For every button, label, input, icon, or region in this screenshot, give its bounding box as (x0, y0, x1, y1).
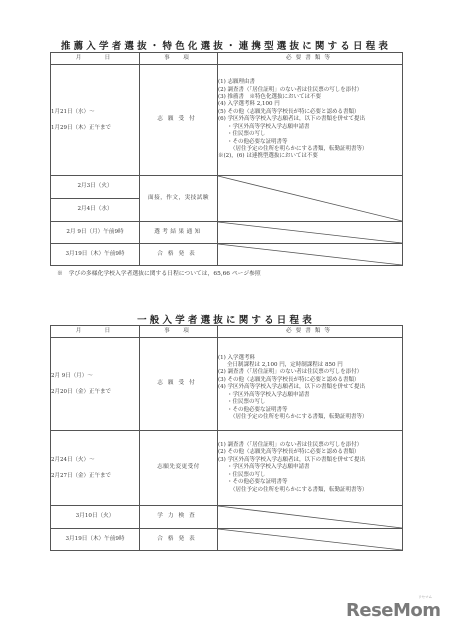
doc-line: ・住民票の写し (218, 472, 402, 479)
diagonal-line-icon (218, 176, 402, 221)
documents-cell: (1) 調査書（「居住証明」のない者は住民票の写しを添付） (2) その他（志願… (218, 431, 403, 506)
date-end: 2月27日（金）正午まで (51, 473, 139, 480)
diagonal-line-icon (218, 222, 402, 243)
header-date: 月 日 (51, 326, 140, 338)
doc-line: ・住民票の写し (218, 399, 402, 406)
item-cell: 志願受付 (140, 338, 218, 431)
doc-line: (2) その他（志願先高等学校長が特に必要と認める書類） (218, 449, 402, 456)
table-row: 3月19日（木）午前9時 合格発表 (51, 529, 403, 551)
item-cell: 面接，作文，実技試験 (140, 176, 218, 222)
empty-slashed-cell (218, 244, 403, 266)
empty-slashed-cell (218, 176, 403, 222)
item-cell: 学力検査 (140, 506, 218, 529)
header-item: 事 項 (140, 326, 218, 338)
date-end: 2月20日（金）正午まで (51, 389, 139, 396)
table-header-row: 月 日 事 項 必要書類等 (51, 326, 403, 338)
date-cell: 2月24日（火）〜 2月27日（金）正午まで (51, 431, 140, 506)
item-cell: 合格発表 (140, 529, 218, 551)
empty-slashed-cell (218, 222, 403, 244)
documents-cell: (1) 入学選考料 全日制課程は 2,100 円，定時制課程は 850 円 (2… (218, 338, 403, 431)
diagonal-line-icon (218, 529, 402, 550)
doc-line: （居住予定の住所を明らかにする書類，転勤証明書等） (218, 487, 402, 494)
diagonal-line-icon (218, 244, 402, 265)
doc-line: ・その他必要な証明書等 (218, 479, 402, 486)
schedule-table-general: 月 日 事 項 必要書類等 2月 9日（月）〜 2月20日（金）正午まで 志願受… (50, 325, 403, 551)
doc-line: ・学区外高等学校入学志願申請書 (218, 124, 402, 131)
header-date: 月 日 (51, 53, 140, 65)
footnote: ※ 学びの多様化学校入学者選抜に関する日程については，65,66 ページ参照 (57, 268, 261, 277)
date-start: 1月21日（水）〜 (51, 109, 139, 116)
date-cell: 1月21日（水）〜 1月29日（木）正午まで (51, 65, 140, 176)
date-start: 2月24日（火）〜 (51, 457, 139, 464)
date-cell: 2月3日（火） (51, 176, 140, 199)
date-cell: 3月19日（木）午前9時 (51, 529, 140, 551)
doc-line: (6) 学区外高等学校入学志願者は，以下の書類を併せて提出 (218, 116, 402, 123)
documents-cell: (1) 志願理由書 (2) 調査書（「居住証明」のない者は住民票の写しを添付） … (218, 65, 403, 176)
doc-line: (1) 志願理由書 (218, 79, 402, 86)
doc-line: ・その他必要な証明書等 (218, 407, 402, 414)
table-row: 3月19日（木）午前9時 合格発表 (51, 244, 403, 266)
doc-line: (4) 学区外高等学校入学志願者は，以下の書類を併せて提出 (218, 384, 402, 391)
doc-line: ・その他必要な証明書等 (218, 139, 402, 146)
table-row: 2月3日（火） 面接，作文，実技試験 (51, 176, 403, 199)
date-end: 1月29日（木）正午まで (51, 125, 139, 132)
date-cell: 2月 9日（月）午前9時 (51, 222, 140, 244)
header-documents: 必要書類等 (218, 53, 403, 65)
item-cell: 志願受付 (140, 65, 218, 176)
doc-line: ・学区外高等学校入学志願申請書 (218, 392, 402, 399)
date-cell: 3月19日（木）午前9時 (51, 244, 140, 266)
table-row: 2月 9日（月）午前9時 選考結果通知 (51, 222, 403, 244)
diagonal-line-icon (218, 506, 402, 528)
doc-line: (2) 調査書（「居住証明」のない者は住民票の写しを添付） (218, 87, 402, 94)
schedule-table-recommendation: 月 日 事 項 必要書類等 1月21日（水）〜 1月29日（木）正午まで 志願受… (50, 52, 403, 266)
table-row: 2月 9日（月）〜 2月20日（金）正午まで 志願受付 (1) 入学選考料 全日… (51, 338, 403, 431)
table-row: 3月10日（火） 学力検査 (51, 506, 403, 529)
doc-line: ※(2)，(6) は連携型選抜においては不要 (218, 153, 402, 160)
date-start: 2月 9日（月）〜 (51, 373, 139, 380)
doc-line: ・住民票の写し (218, 131, 402, 138)
date-cell: 2月 9日（月）〜 2月20日（金）正午まで (51, 338, 140, 431)
table-row: 1月21日（水）〜 1月29日（木）正午まで 志願受付 (1) 志願理由書 (2… (51, 65, 403, 176)
doc-line: (4) 入学選考料 2,100 円 (218, 101, 402, 108)
table-header-row: 月 日 事 項 必要書類等 (51, 53, 403, 65)
item-cell: 合格発表 (140, 244, 218, 266)
doc-line: ・学区外高等学校入学志願申請書 (218, 464, 402, 471)
item-cell: 志願先変更受付 (140, 431, 218, 506)
empty-slashed-cell (218, 506, 403, 529)
section2-title: 一般入学者選抜に関する日程表 (0, 312, 452, 326)
header-documents: 必要書類等 (218, 326, 403, 338)
doc-line: (1) 入学選考料 (218, 355, 402, 362)
date-cell: 2月4日（水） (51, 199, 140, 222)
doc-line: （居住予定の住所を明らかにする書類，転勤証明書等） (218, 414, 402, 421)
resemom-logo: ReseMom (346, 600, 441, 621)
empty-slashed-cell (218, 529, 403, 551)
doc-line: (2) 調査書（「居住証明」のない者は住民票の写しを添付） (218, 369, 402, 376)
item-cell: 選考結果通知 (140, 222, 218, 244)
date-cell: 3月10日（火） (51, 506, 140, 529)
table-row: 2月24日（火）〜 2月27日（金）正午まで 志願先変更受付 (1) 調査書（「… (51, 431, 403, 506)
section1-title: 推薦入学者選抜・特色化選抜・連携型選抜に関する日程表 (0, 38, 452, 52)
header-item: 事 項 (140, 53, 218, 65)
